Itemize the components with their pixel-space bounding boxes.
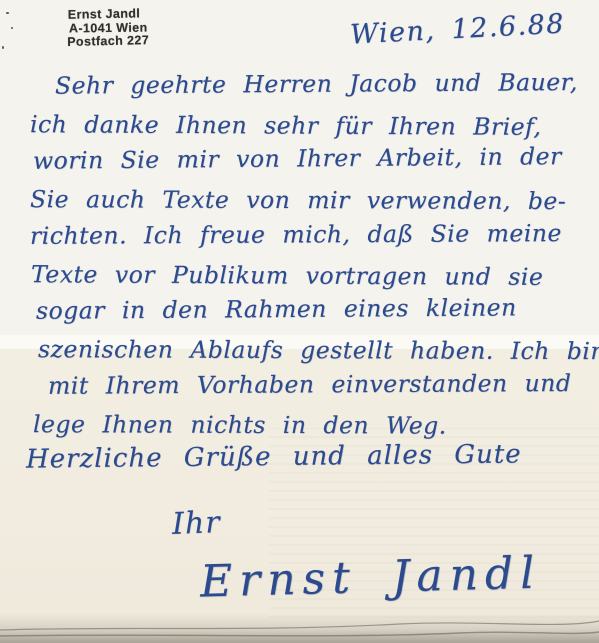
letterhead-pobox: Postfach 227 <box>67 34 149 49</box>
scan-speck <box>2 46 4 49</box>
scan-speck <box>11 27 13 29</box>
body-line: richten. Ich freue mich, daß Sie meine <box>0 215 599 256</box>
signature: Ernst Jandl <box>199 548 541 608</box>
body-line: sogar in den Rahmen eines kleinen <box>0 289 599 331</box>
body-line: mit Ihrem Vorhaben einverstanden und <box>0 365 599 406</box>
letterhead-stamp: Ernst Jandl A-1041 Wien Postfach 227 <box>68 7 151 49</box>
valediction: Ihr <box>171 505 221 542</box>
scan-speck <box>6 12 9 14</box>
letter-body: Sehr geehrte Herren Jacob und Bauer, ich… <box>0 68 599 443</box>
letter-scan: Ernst Jandl A-1041 Wien Postfach 227 Wie… <box>0 0 599 643</box>
closing-line: Herzliche Grüße und alles Gute <box>26 439 522 474</box>
body-line: Sie auch Texte von mir verwenden, be- <box>0 181 599 221</box>
body-line: szenischen Ablaufs gestellt haben. Ich b… <box>0 331 599 371</box>
dateline: Wien, 12.6.88 <box>349 8 565 50</box>
body-line: worin Sie mir von Ihrer Arbeit, in der <box>0 138 599 181</box>
salutation: Sehr geehrte Herren Jacob und Bauer, <box>0 64 599 106</box>
fold-crease-lines <box>0 603 599 643</box>
